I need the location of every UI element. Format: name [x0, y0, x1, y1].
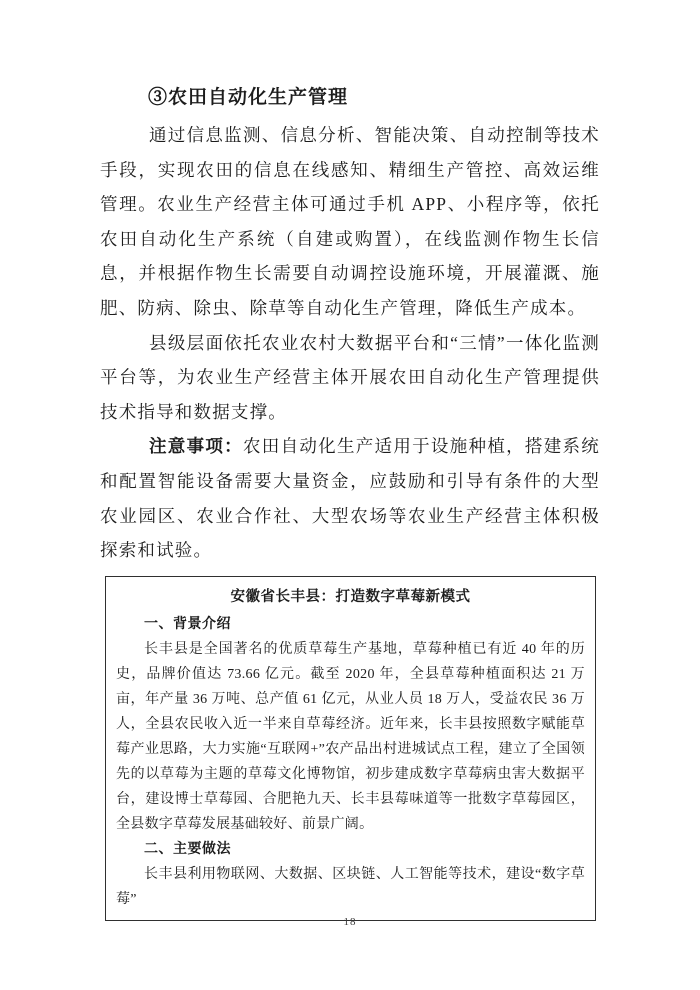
case-box-title: 安徽省长丰县：打造数字草莓新模式 — [116, 585, 585, 609]
case-section-1-heading: 一、背景介绍 — [116, 612, 585, 637]
case-section-1-text: 长丰县是全国著名的优质草莓生产基地，草莓种植已有近 40 年的历史，品牌价值达 … — [116, 637, 585, 837]
case-study-box: 安徽省长丰县：打造数字草莓新模式 一、背景介绍 长丰县是全国著名的优质草莓生产基… — [105, 576, 596, 921]
document-page: ③农田自动化生产管理 通过信息监测、信息分析、智能决策、自动控制等技术手段，实现… — [0, 0, 700, 990]
case-section-2-heading: 二、主要做法 — [116, 837, 585, 862]
section-heading: ③农田自动化生产管理 — [100, 86, 600, 110]
body-paragraph-2: 县级层面依托农业农村大数据平台和“三情”一体化监测平台等，为农业生产经营主体开展… — [100, 326, 600, 430]
note-label: 注意事项： — [149, 436, 243, 456]
body-paragraph-1: 通过信息监测、信息分析、智能决策、自动控制等技术手段，实现农田的信息在线感知、精… — [100, 118, 600, 326]
case-section-2-text: 长丰县利用物联网、大数据、区块链、人工智能等技术，建设“数字草莓” — [116, 862, 585, 912]
note-paragraph: 注意事项：农田自动化生产适用于设施种植，搭建系统和配置智能设备需要大量资金，应鼓… — [100, 429, 600, 567]
page-number: 18 — [0, 916, 700, 928]
